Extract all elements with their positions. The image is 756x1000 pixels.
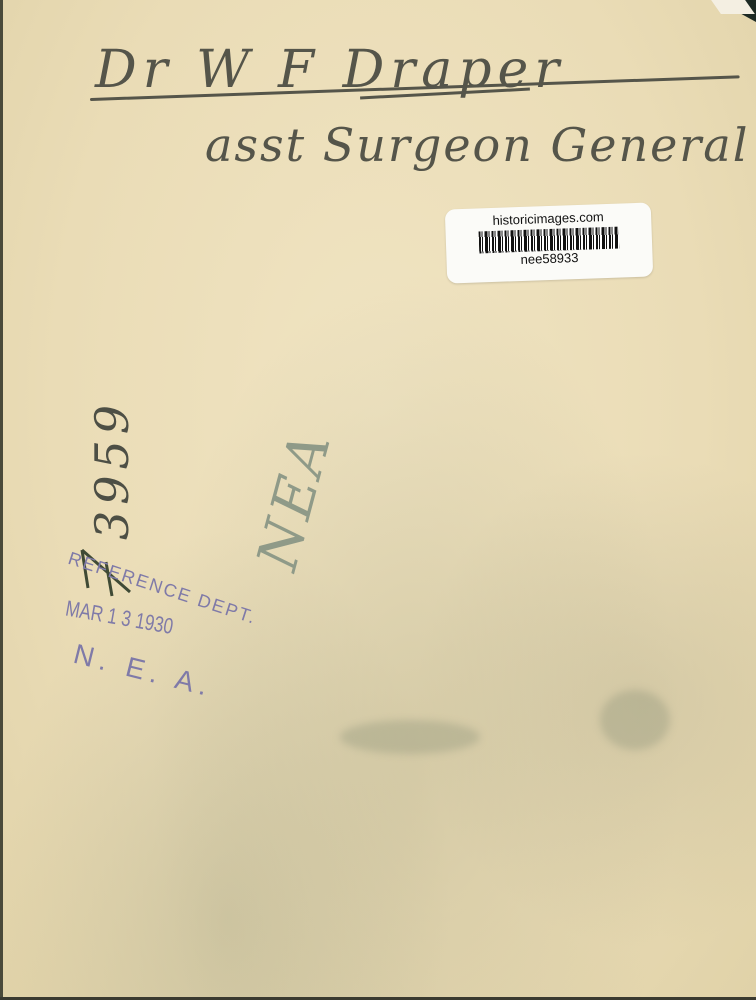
barcode-sticker: historicimages.com nee58933	[445, 202, 653, 283]
paper-edge-left	[0, 0, 3, 1000]
handwritten-file-number: 3959	[85, 360, 139, 540]
sticker-code: nee58933	[446, 247, 652, 269]
stain	[600, 690, 670, 750]
stain	[340, 720, 480, 754]
sticker-site: historicimages.com	[445, 207, 651, 229]
handwritten-title: asst Surgeon General	[205, 118, 749, 172]
